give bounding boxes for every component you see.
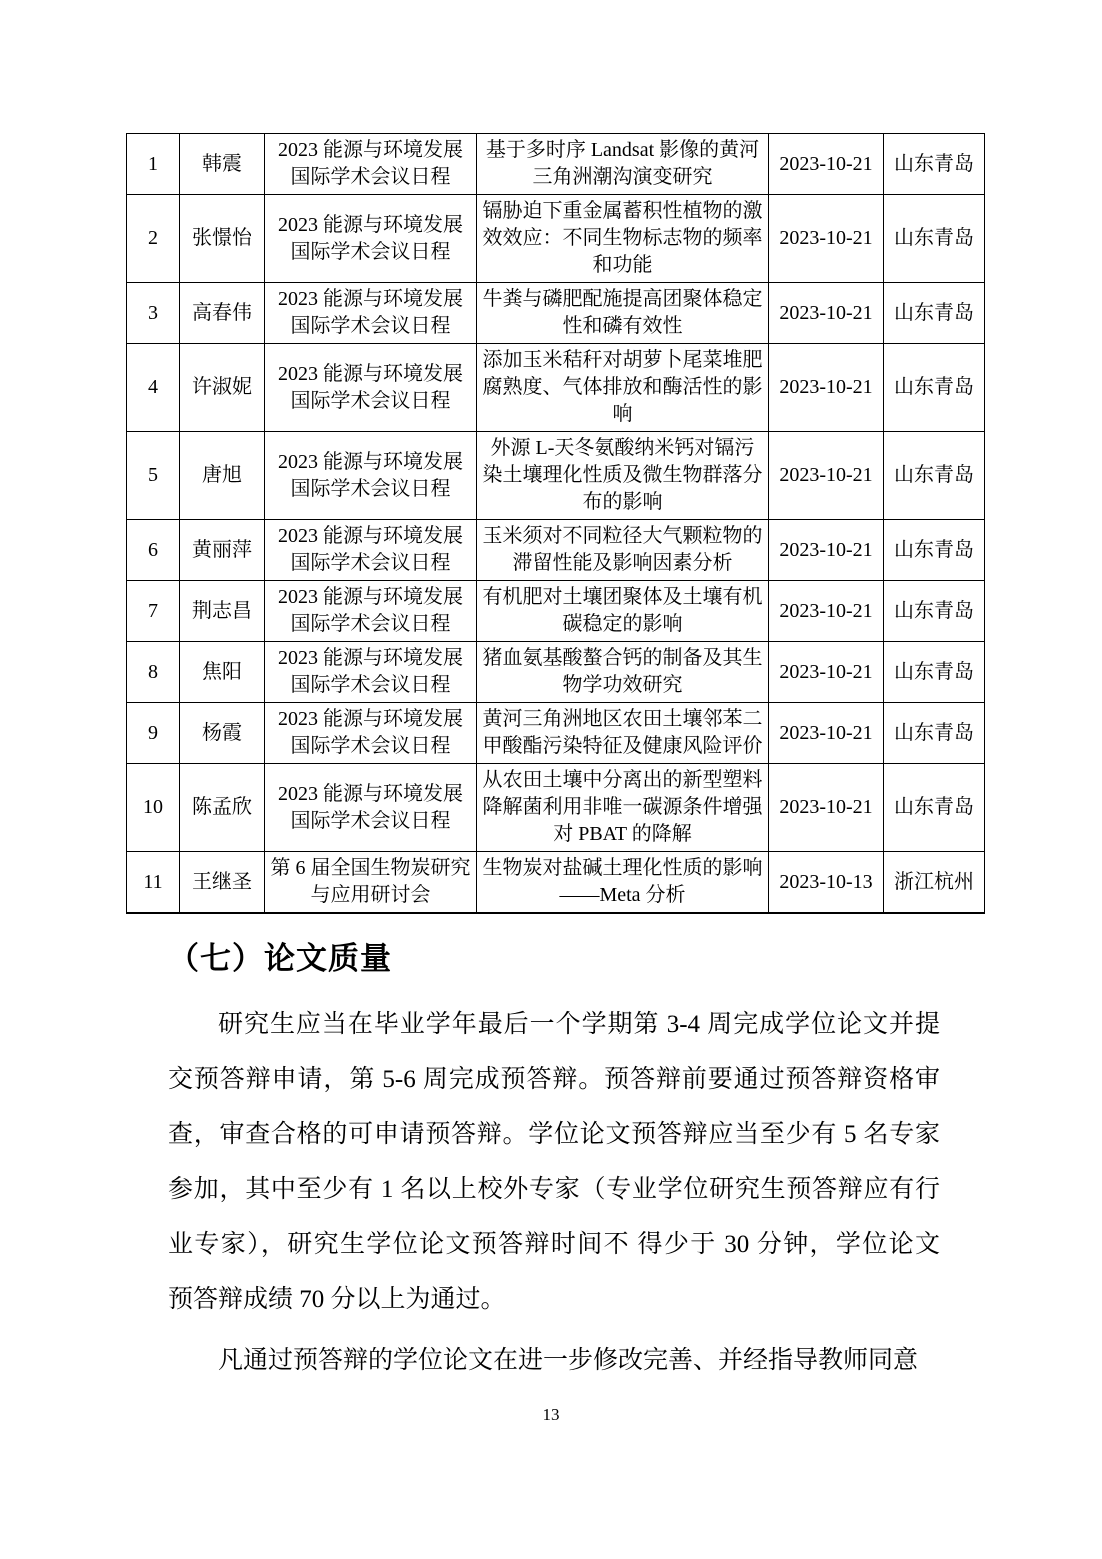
text-line: 凡通过预答辩的学位论文在进一步修改完善、并经指导教师同意 [168,1333,940,1388]
cell-paper-title: 添加玉米秸秆对胡萝卜尾菜堆肥腐熟度、气体排放和酶活性的影响 [477,344,769,432]
table-row: 9 杨霞 2023 能源与环境发展国际学术会议日程 黄河三角洲地区农田土壤邻苯二… [127,703,985,764]
cell-index: 9 [127,703,180,764]
section-heading: （七）论文质量 [168,936,940,982]
cell-paper-title: 猪血氨基酸螯合钙的制备及其生物学功效研究 [477,642,769,703]
cell-index: 4 [127,344,180,432]
cell-paper-title: 玉米须对不同粒径大气颗粒物的滞留性能及影响因素分析 [477,520,769,581]
cell-report-date: 2023-10-21 [769,432,884,520]
cell-report-date: 2023-10-21 [769,344,884,432]
cell-conference-name: 2023 能源与环境发展国际学术会议日程 [265,703,477,764]
cell-paper-title: 黄河三角洲地区农田土壤邻苯二甲酸酯污染特征及健康风险评价 [477,703,769,764]
text-line: 业专家），研究生学位论文预答辩时间不 得少于 30 分钟，学位论文 [168,1217,940,1272]
cell-location: 山东青岛 [884,134,985,195]
text-line: 预答辩成绩 70 分以上为通过。 [168,1272,940,1327]
cell-report-date: 2023-10-21 [769,703,884,764]
cell-conference-name: 第 6 届全国生物炭研究与应用研讨会 [265,852,477,914]
cell-report-date: 2023-10-21 [769,642,884,703]
cell-student-name: 焦阳 [180,642,265,703]
table-row: 5 唐旭 2023 能源与环境发展国际学术会议日程 外源 L-天冬氨酸纳米钙对镉… [127,432,985,520]
text-line: 查，审查合格的可申请预答辩。学位论文预答辩应当至少有 5 名专家 [168,1107,940,1162]
table-row: 2 张憬怡 2023 能源与环境发展国际学术会议日程 镉胁迫下重金属蓄积性植物的… [127,195,985,283]
cell-conference-name: 2023 能源与环境发展国际学术会议日程 [265,642,477,703]
table-row: 8 焦阳 2023 能源与环境发展国际学术会议日程 猪血氨基酸螯合钙的制备及其生… [127,642,985,703]
cell-student-name: 荆志昌 [180,581,265,642]
conference-table-body: 1 韩震 2023 能源与环境发展国际学术会议日程 基于多时序 Landsat … [127,134,985,914]
cell-student-name: 王继圣 [180,852,265,914]
cell-student-name: 韩震 [180,134,265,195]
table-row: 3 高春伟 2023 能源与环境发展国际学术会议日程 牛粪与磷肥配施提高团聚体稳… [127,283,985,344]
text-line: 参加，其中至少有 1 名以上校外专家（专业学位研究生预答辩应有行 [168,1162,940,1217]
cell-paper-title: 外源 L-天冬氨酸纳米钙对镉污染土壤理化性质及微生物群落分布的影响 [477,432,769,520]
table-row: 4 许淑妮 2023 能源与环境发展国际学术会议日程 添加玉米秸秆对胡萝卜尾菜堆… [127,344,985,432]
cell-student-name: 黄丽萍 [180,520,265,581]
cell-student-name: 张憬怡 [180,195,265,283]
cell-index: 8 [127,642,180,703]
cell-conference-name: 2023 能源与环境发展国际学术会议日程 [265,195,477,283]
cell-report-date: 2023-10-13 [769,852,884,914]
cell-index: 3 [127,283,180,344]
cell-conference-name: 2023 能源与环境发展国际学术会议日程 [265,432,477,520]
cell-student-name: 杨霞 [180,703,265,764]
cell-student-name: 许淑妮 [180,344,265,432]
cell-paper-title: 从农田土壤中分离出的新型塑料降解菌利用非唯一碳源条件增强对 PBAT 的降解 [477,764,769,852]
cell-report-date: 2023-10-21 [769,195,884,283]
cell-conference-name: 2023 能源与环境发展国际学术会议日程 [265,134,477,195]
table-row: 1 韩震 2023 能源与环境发展国际学术会议日程 基于多时序 Landsat … [127,134,985,195]
cell-paper-title: 基于多时序 Landsat 影像的黄河三角洲潮沟演变研究 [477,134,769,195]
cell-student-name: 陈孟欣 [180,764,265,852]
table-row: 10 陈孟欣 2023 能源与环境发展国际学术会议日程 从农田土壤中分离出的新型… [127,764,985,852]
document-page: 1 韩震 2023 能源与环境发展国际学术会议日程 基于多时序 Landsat … [0,0,1102,1559]
text-line: 交预答辩申请，第 5-6 周完成预答辩。预答辩前要通过预答辩资格审 [168,1052,940,1107]
cell-conference-name: 2023 能源与环境发展国际学术会议日程 [265,764,477,852]
cell-index: 6 [127,520,180,581]
cell-location: 山东青岛 [884,703,985,764]
cell-paper-title: 生物炭对盐碱土理化性质的影响——Meta 分析 [477,852,769,914]
conference-presentation-table: 1 韩震 2023 能源与环境发展国际学术会议日程 基于多时序 Landsat … [126,133,985,914]
section-thesis-quality: （七）论文质量 研究生应当在毕业学年最后一个学期第 3-4 周完成学位论文并提交… [168,936,940,1388]
cell-conference-name: 2023 能源与环境发展国际学术会议日程 [265,344,477,432]
cell-index: 11 [127,852,180,914]
cell-student-name: 唐旭 [180,432,265,520]
cell-paper-title: 有机肥对土壤团聚体及土壤有机碳稳定的影响 [477,581,769,642]
cell-location: 山东青岛 [884,764,985,852]
cell-paper-title: 牛粪与磷肥配施提高团聚体稳定性和磷有效性 [477,283,769,344]
cell-index: 5 [127,432,180,520]
cell-index: 2 [127,195,180,283]
cell-conference-name: 2023 能源与环境发展国际学术会议日程 [265,581,477,642]
table-row: 7 荆志昌 2023 能源与环境发展国际学术会议日程 有机肥对土壤团聚体及土壤有… [127,581,985,642]
cell-report-date: 2023-10-21 [769,764,884,852]
cell-conference-name: 2023 能源与环境发展国际学术会议日程 [265,520,477,581]
cell-conference-name: 2023 能源与环境发展国际学术会议日程 [265,283,477,344]
cell-index: 10 [127,764,180,852]
cell-index: 1 [127,134,180,195]
paragraph: 研究生应当在毕业学年最后一个学期第 3-4 周完成学位论文并提交预答辩申请，第 … [168,997,940,1327]
paragraph: 凡通过预答辩的学位论文在进一步修改完善、并经指导教师同意 [168,1333,940,1388]
cell-location: 山东青岛 [884,642,985,703]
cell-index: 7 [127,581,180,642]
cell-location: 山东青岛 [884,344,985,432]
page-number: 13 [0,1405,1102,1425]
cell-location: 山东青岛 [884,432,985,520]
cell-location: 山东青岛 [884,520,985,581]
table-row: 6 黄丽萍 2023 能源与环境发展国际学术会议日程 玉米须对不同粒径大气颗粒物… [127,520,985,581]
cell-location: 浙江杭州 [884,852,985,914]
paragraphs: 研究生应当在毕业学年最后一个学期第 3-4 周完成学位论文并提交预答辩申请，第 … [168,997,940,1388]
cell-student-name: 高春伟 [180,283,265,344]
cell-report-date: 2023-10-21 [769,581,884,642]
cell-location: 山东青岛 [884,581,985,642]
table-row: 11 王继圣 第 6 届全国生物炭研究与应用研讨会 生物炭对盐碱土理化性质的影响… [127,852,985,914]
text-line: 研究生应当在毕业学年最后一个学期第 3-4 周完成学位论文并提 [168,997,940,1052]
cell-report-date: 2023-10-21 [769,283,884,344]
cell-report-date: 2023-10-21 [769,134,884,195]
cell-paper-title: 镉胁迫下重金属蓄积性植物的激效效应：不同生物标志物的频率和功能 [477,195,769,283]
cell-location: 山东青岛 [884,195,985,283]
cell-report-date: 2023-10-21 [769,520,884,581]
cell-location: 山东青岛 [884,283,985,344]
